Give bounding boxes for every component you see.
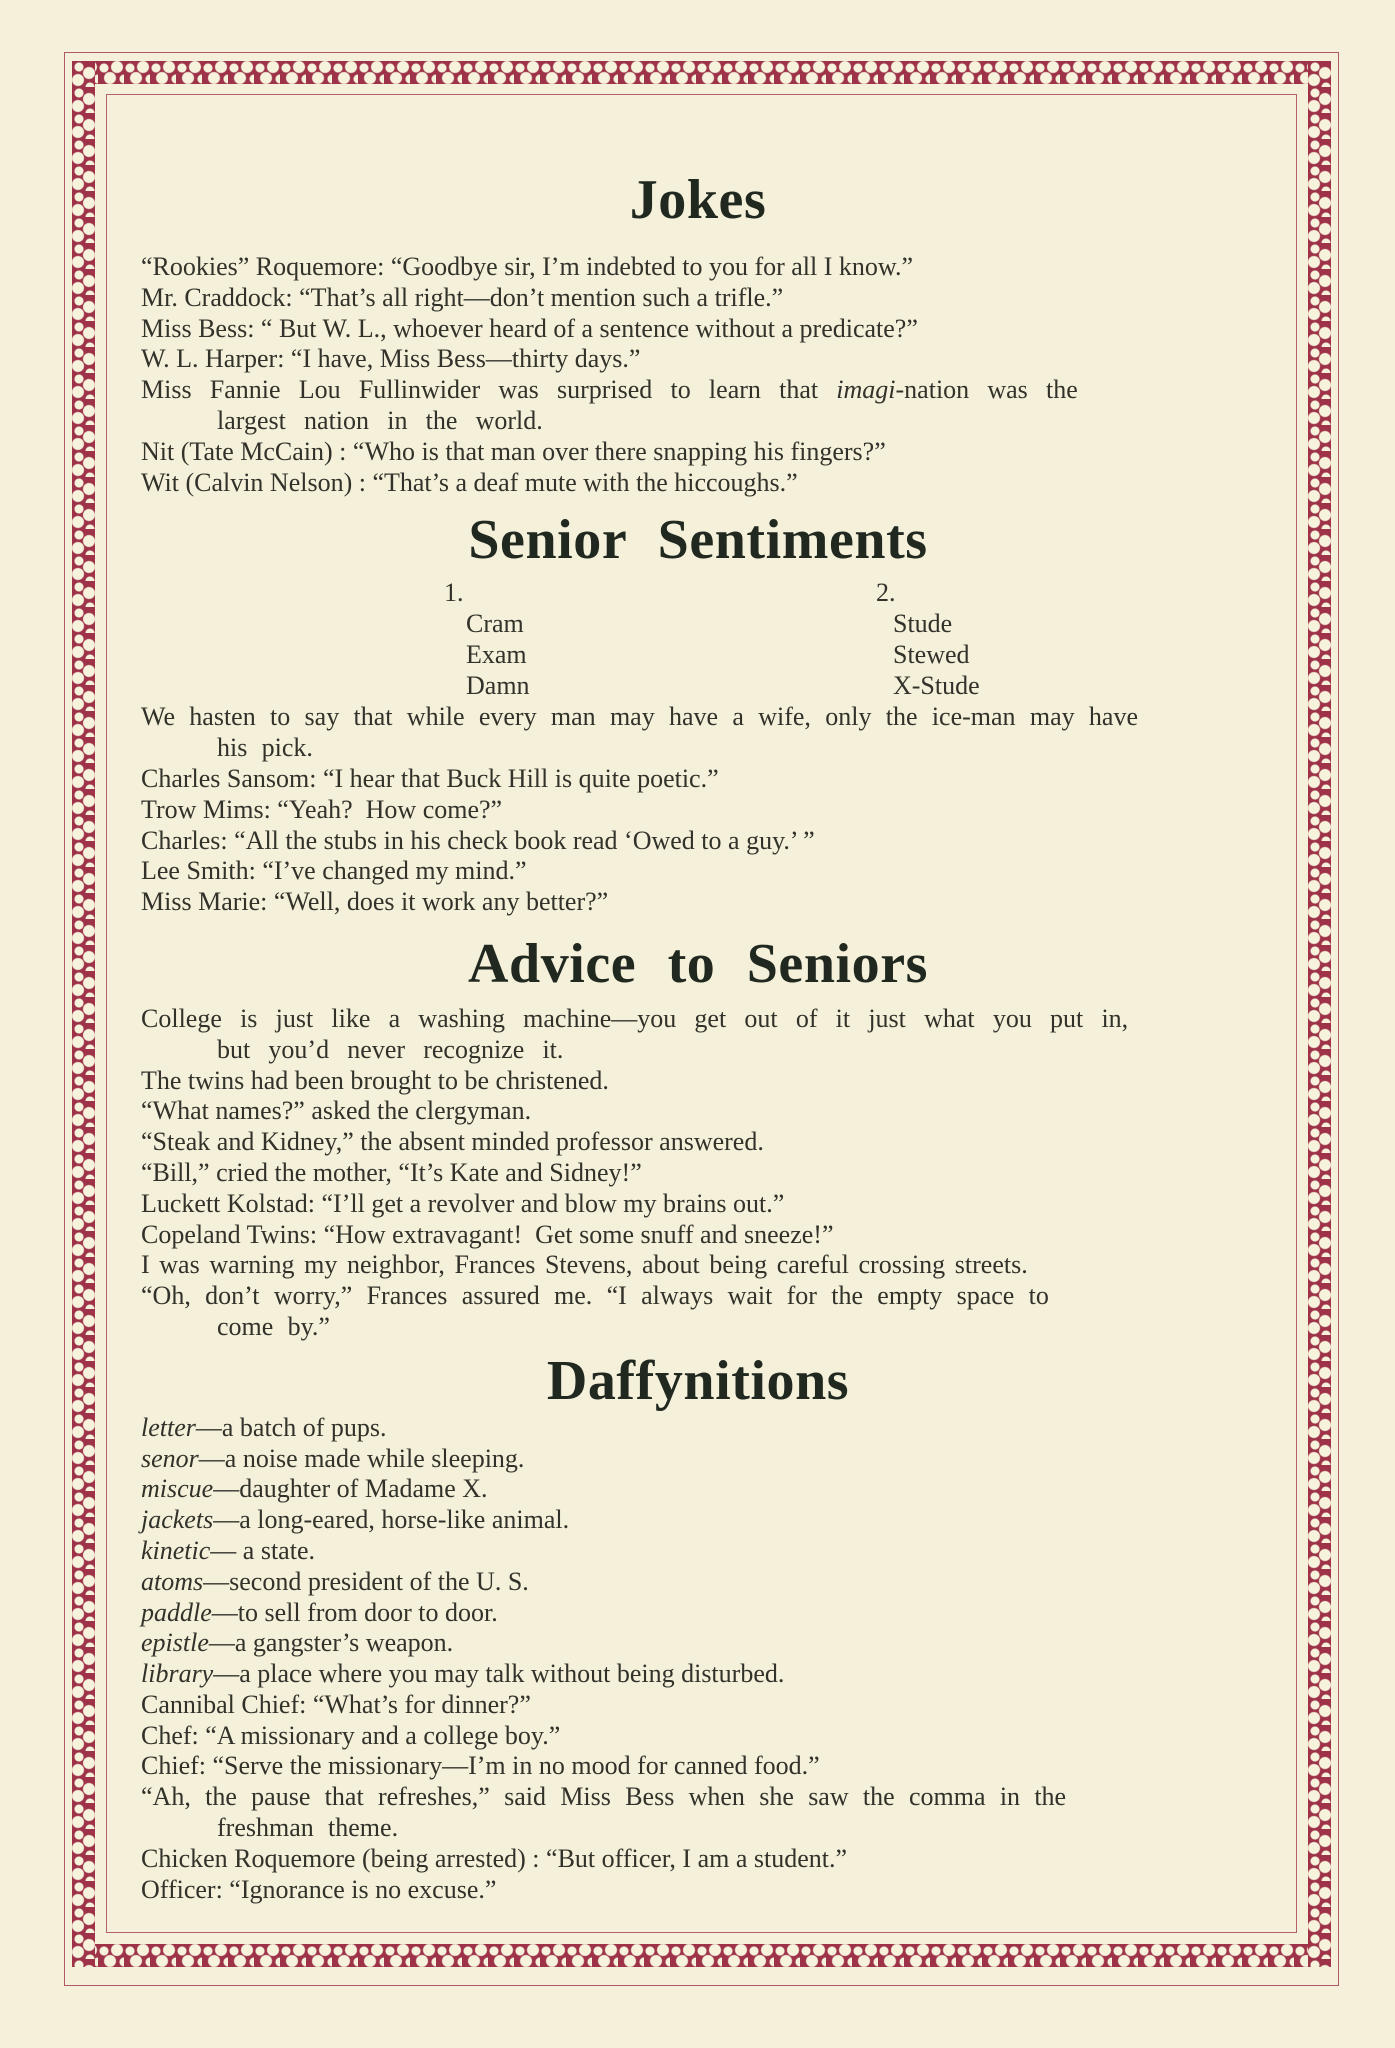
- daffynition-term: jackets: [141, 1505, 213, 1534]
- joke-continuation: come by.”: [217, 1312, 330, 1341]
- joke-line: Luckett Kolstad: “I’ll get a revolver an…: [141, 1189, 1255, 1220]
- joke-line: Miss Fannie Lou Fullinwider was surprise…: [141, 375, 1255, 437]
- frame-band-right: [1308, 61, 1331, 1967]
- column-items: Cram Exam Damn: [466, 609, 530, 701]
- frame-band-top: [72, 61, 1331, 84]
- daffynition-text: —second president of the U. S.: [203, 1567, 529, 1596]
- joke-line: Cannibal Chief: “What’s for dinner?”: [141, 1690, 1255, 1721]
- column-item: Cram: [466, 609, 530, 640]
- joke-text: “Oh, don’t worry,” Frances assured me. “…: [141, 1281, 1049, 1310]
- joke-text: -nation was the: [896, 375, 1078, 404]
- joke-line: “Bill,” cried the mother, “It’s Kate and…: [141, 1158, 1255, 1189]
- joke-line: Mr. Craddock: “That’s all right—don’t me…: [141, 283, 1255, 314]
- joke-line: Chef: “A missionary and a college boy.”: [141, 1721, 1255, 1752]
- daffynition-term: paddle: [141, 1598, 212, 1627]
- daffynition-text: —a gangster’s weapon.: [209, 1628, 453, 1657]
- daffynition-text: — a state.: [210, 1536, 315, 1565]
- joke-line: “Oh, don’t worry,” Frances assured me. “…: [141, 1281, 1255, 1343]
- daffynition: miscue—daughter of Madame X.: [141, 1474, 1255, 1505]
- column-items: Stude Stewed X-Stude: [893, 609, 980, 701]
- frame-band-left: [72, 61, 95, 1967]
- joke-text: College is just like a washing machine—y…: [141, 1004, 1128, 1033]
- daffynition-text: —a batch of pups.: [196, 1413, 387, 1442]
- joke-line: Lee Smith: “I’ve changed my mind.”: [141, 856, 1255, 887]
- daffynition: kinetic— a state.: [141, 1536, 1255, 1567]
- joke-line: Charles Sansom: “I hear that Buck Hill i…: [141, 764, 1255, 795]
- italic-word: imagi: [836, 375, 895, 404]
- joke-line: College is just like a washing machine—y…: [141, 1004, 1255, 1066]
- daffynition: letter—a batch of pups.: [141, 1413, 1255, 1444]
- heading-senior-sentiments: Senior Sentiments: [141, 510, 1255, 570]
- daffynition-term: library: [141, 1659, 213, 1688]
- daffynition: library—a place where you may talk witho…: [141, 1659, 1255, 1690]
- joke-text: “Ah, the pause that refreshes,” said Mis…: [141, 1782, 1066, 1811]
- joke-line: “Rookies” Roquemore: “Goodbye sir, I’m i…: [141, 252, 1255, 283]
- column-number: 1.: [444, 578, 530, 609]
- frame-band-bottom: [72, 1944, 1331, 1967]
- joke-continuation: his pick.: [217, 733, 313, 762]
- column-item: Stewed: [893, 640, 980, 671]
- joke-text: We hasten to say that while every man ma…: [141, 702, 1138, 731]
- daffynition-text: —a long-eared, horse-like animal.: [213, 1505, 569, 1534]
- daffynition-term: atoms: [141, 1567, 203, 1596]
- daffynition-term: kinetic: [141, 1536, 210, 1565]
- column-item: X-Stude: [893, 671, 980, 702]
- heading-advice-to-seniors: Advice to Seniors: [141, 934, 1255, 994]
- joke-line: “Ah, the pause that refreshes,” said Mis…: [141, 1782, 1255, 1844]
- column-item: Stude: [893, 609, 980, 640]
- daffynition-term: letter: [141, 1413, 196, 1442]
- daffynition-term: senor: [141, 1444, 199, 1473]
- joke-continuation: freshman theme.: [217, 1813, 398, 1842]
- daffynition: senor—a noise made while sleeping.: [141, 1444, 1255, 1475]
- daffynition-text: —a noise made while sleeping.: [199, 1444, 525, 1473]
- joke-text: Miss Fannie Lou Fullinwider was surprise…: [141, 375, 836, 404]
- daffynition: atoms—second president of the U. S.: [141, 1567, 1255, 1598]
- page-content: Jokes “Rookies” Roquemore: “Goodbye sir,…: [141, 170, 1255, 1905]
- column-item: Damn: [466, 671, 530, 702]
- daffynition-text: —daughter of Madame X.: [213, 1474, 487, 1503]
- joke-line: Nit (Tate McCain) : “Who is that man ove…: [141, 437, 1255, 468]
- joke-line: Wit (Calvin Nelson) : “That’s a deaf mut…: [141, 468, 1255, 499]
- heading-daffynitions: Daffynitions: [141, 1351, 1255, 1411]
- joke-line: Miss Marie: “Well, does it work any bett…: [141, 887, 1255, 918]
- sentiments-columns: 1. Cram Exam Damn 2. Stude Stewed X-Stud…: [141, 578, 1255, 702]
- joke-line: I was warning my neighbor, Frances Steve…: [141, 1250, 1255, 1281]
- joke-line: “Steak and Kidney,” the absent minded pr…: [141, 1127, 1255, 1158]
- daffynition: epistle—a gangster’s weapon.: [141, 1628, 1255, 1659]
- daffynition: jackets—a long-eared, horse-like animal.: [141, 1505, 1255, 1536]
- joke-line: Charles: “All the stubs in his check boo…: [141, 826, 1255, 857]
- joke-line: Chief: “Serve the missionary—I’m in no m…: [141, 1751, 1255, 1782]
- joke-line: “What names?” asked the clergyman.: [141, 1096, 1255, 1127]
- joke-line: Miss Bess: “ But W. L., whoever heard of…: [141, 314, 1255, 345]
- sentiments-column-2: 2. Stude Stewed X-Stude: [876, 578, 980, 701]
- joke-line: We hasten to say that while every man ma…: [141, 702, 1255, 764]
- joke-line: W. L. Harper: “I have, Miss Bess—thirty …: [141, 344, 1255, 375]
- column-item: Exam: [466, 640, 530, 671]
- joke-line: Copeland Twins: “How extravagant! Get so…: [141, 1220, 1255, 1251]
- daffynition-term: epistle: [141, 1628, 209, 1657]
- daffynition-text: —a place where you may talk without bein…: [213, 1659, 784, 1688]
- joke-continuation: largest nation in the world.: [217, 406, 543, 435]
- joke-line: Trow Mims: “Yeah? How come?”: [141, 795, 1255, 826]
- joke-line: Chicken Roquemore (being arrested) : “Bu…: [141, 1844, 1255, 1875]
- joke-continuation: but you’d never recognize it.: [217, 1035, 563, 1064]
- daffynition-text: —to sell from door to door.: [212, 1598, 498, 1627]
- column-number: 2.: [876, 578, 980, 609]
- daffynition-term: miscue: [141, 1474, 213, 1503]
- sentiments-column-1: 1. Cram Exam Damn: [444, 578, 530, 701]
- yearbook-page: Jokes “Rookies” Roquemore: “Goodbye sir,…: [0, 0, 1395, 2048]
- heading-jokes: Jokes: [141, 170, 1255, 230]
- joke-line: Officer: “Ignorance is no excuse.”: [141, 1875, 1255, 1906]
- joke-line: The twins had been brought to be christe…: [141, 1066, 1255, 1097]
- daffynition: paddle—to sell from door to door.: [141, 1598, 1255, 1629]
